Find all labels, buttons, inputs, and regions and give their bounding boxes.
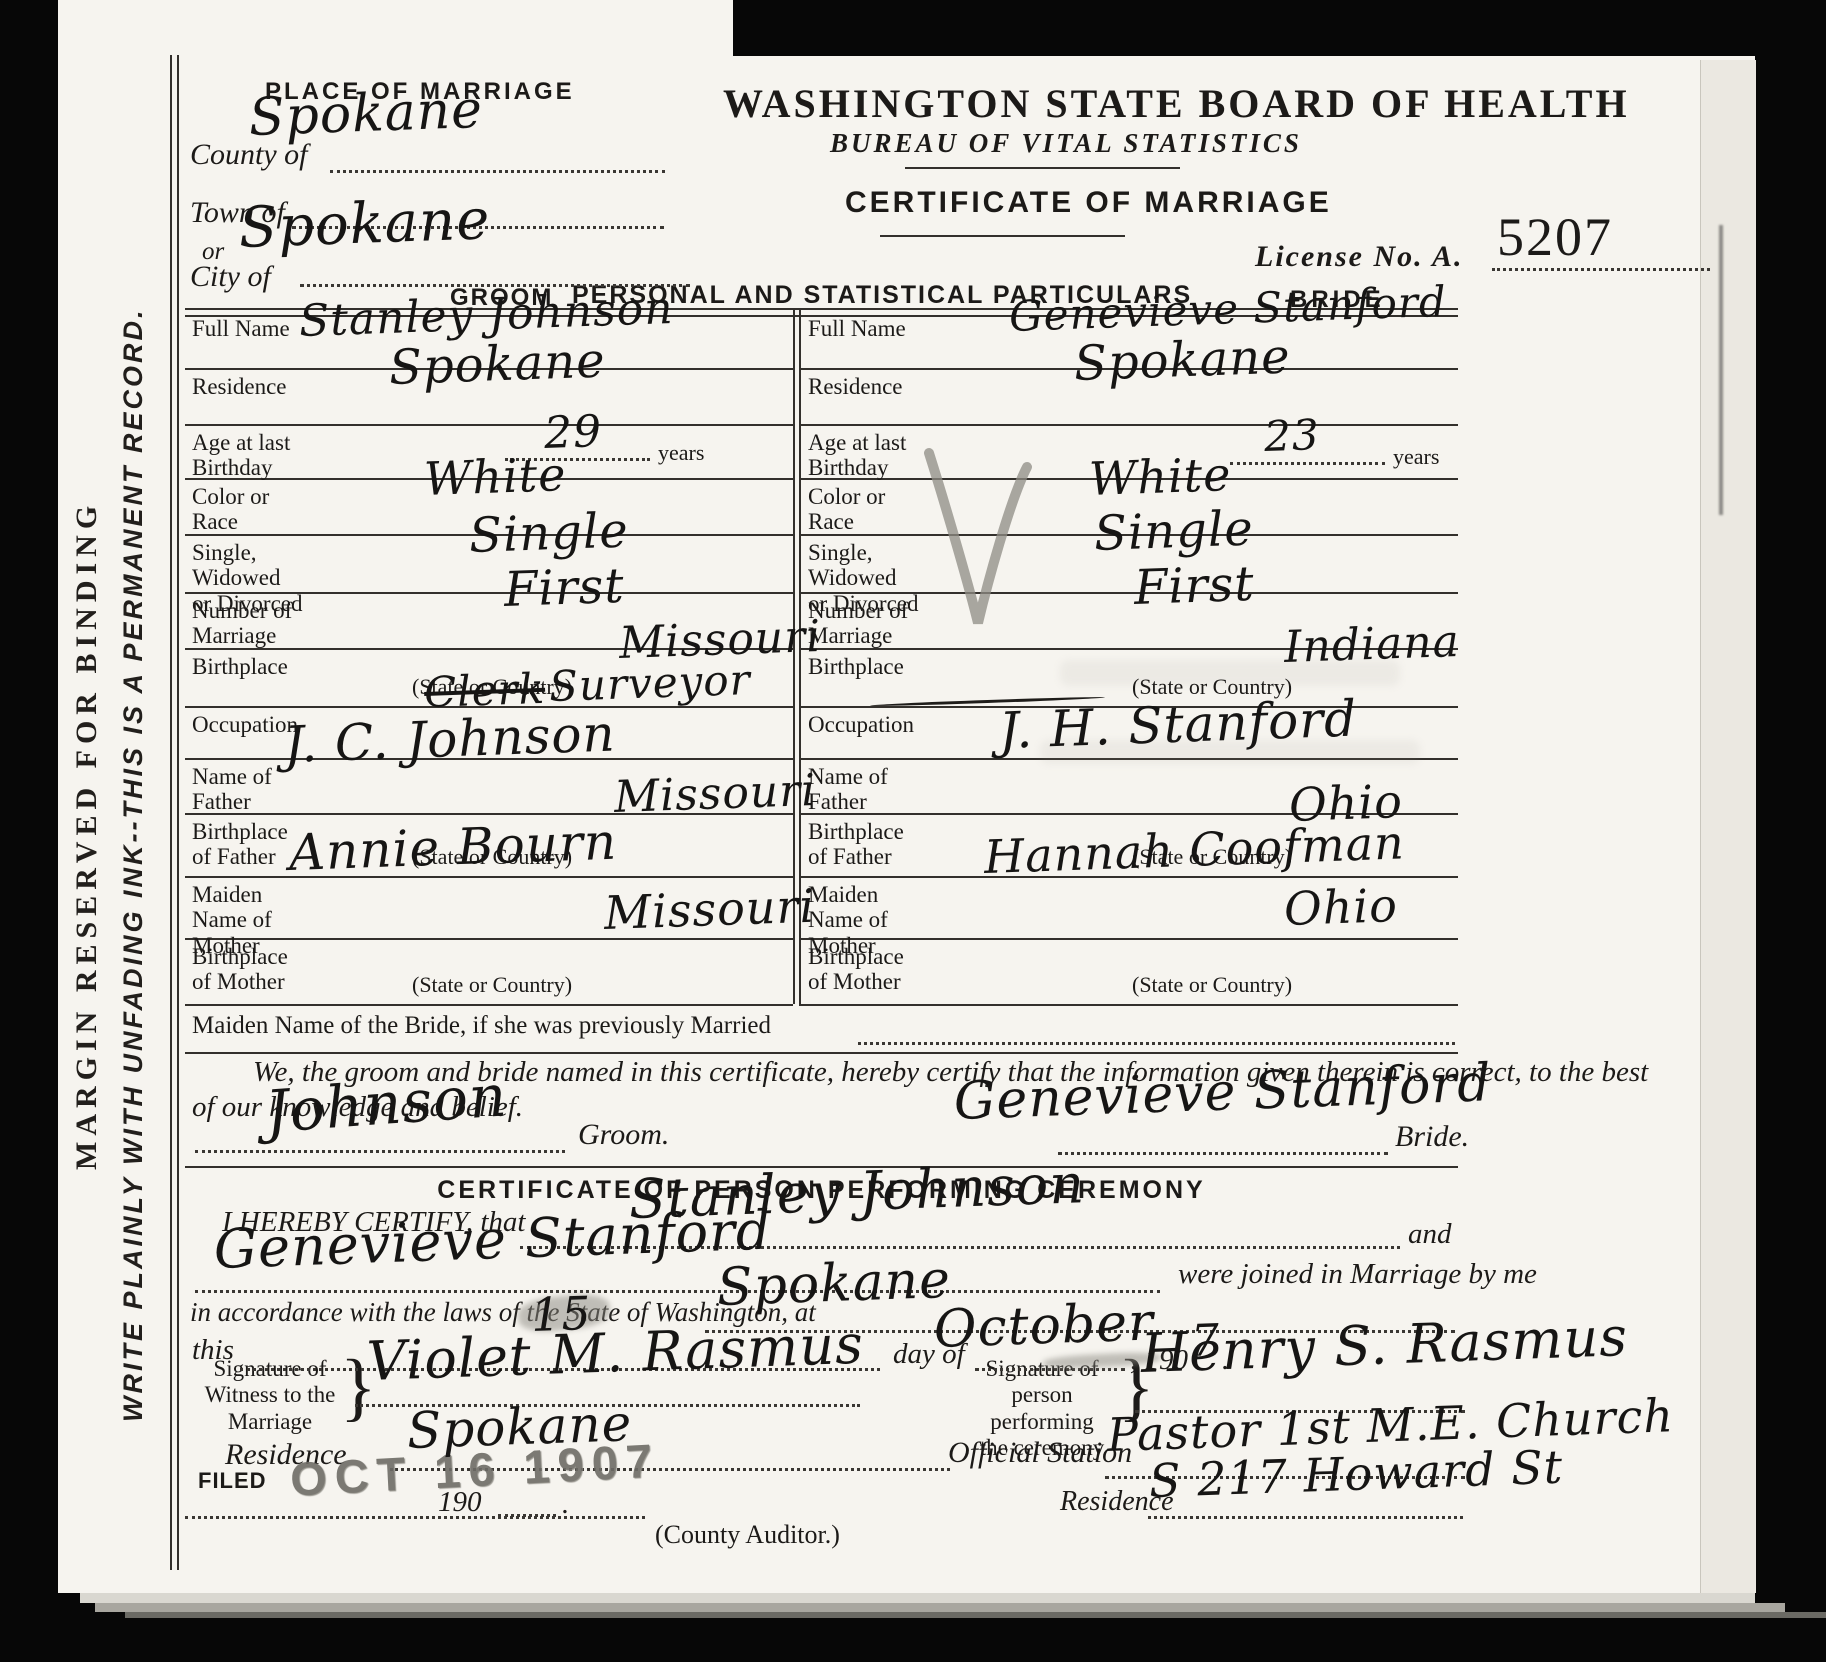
scanned-marriage-certificate: MARGIN RESERVED FOR BINDING WRITE PLAINL… xyxy=(0,0,1826,1662)
bride-signature-label: Bride. xyxy=(1395,1120,1469,1154)
and-label: and xyxy=(1408,1218,1452,1251)
maiden-name-dotted-line xyxy=(858,1042,1455,1045)
witness-residence-handwritten: Spokane xyxy=(406,1394,633,1460)
county-value-handwritten: Spokane xyxy=(248,80,484,148)
row-rule-groom-mother-birthplace xyxy=(185,1004,793,1006)
field-value-bride-marital-status: Single xyxy=(1093,500,1254,562)
ceremony-month-handwritten: October xyxy=(933,1292,1155,1360)
row-rule-bride-residence xyxy=(799,424,1458,426)
age-dotted-bride xyxy=(1230,462,1385,465)
field-value-groom-residence: Spokane xyxy=(388,332,606,396)
license-number-value: 5207 xyxy=(1497,206,1613,268)
maiden-name-bottom-rule xyxy=(185,1052,1458,1054)
row-rule-bride-mother-birthplace xyxy=(799,1004,1458,1006)
field-value-bride-color-race: White xyxy=(1088,447,1232,506)
field-value-bride-age: 23 xyxy=(1263,410,1320,461)
county-auditor-label: (County Auditor.) xyxy=(655,1520,840,1550)
field-label-bride-mother-birthplace: Birthplace of Mother xyxy=(808,944,904,995)
month-dotted-line xyxy=(975,1368,1125,1371)
field-label-groom-residence: Residence xyxy=(192,374,287,399)
official-station-label: Official Station xyxy=(948,1436,1132,1470)
field-value-bride-mother-birthplace: Ohio xyxy=(1283,878,1399,936)
city-of-label: City of xyxy=(190,260,271,294)
margin-rule-inner xyxy=(177,55,179,1570)
header-divider-2 xyxy=(880,235,1125,237)
field-value-groom-marital-status: Single xyxy=(468,502,629,564)
field-value-groom-mother-maiden-name: Annie Bourn xyxy=(288,813,618,882)
field-label-bride-number-of-marriage: Number of Marriage xyxy=(808,598,908,649)
header-divider-1 xyxy=(905,167,1180,169)
field-value-groom-mother-birthplace: Missouri xyxy=(603,879,816,940)
field-label-groom-full-name: Full Name xyxy=(192,316,290,341)
field-label-bride-occupation: Occupation xyxy=(808,712,914,737)
row-rule-groom-residence xyxy=(185,424,793,426)
field-value-groom-father-birthplace: Missouri xyxy=(613,765,817,823)
page-stack-edge-2 xyxy=(95,1603,1785,1612)
field-value-bride-residence: Spokane xyxy=(1073,328,1291,392)
certificate-of-marriage-title: CERTIFICATE OF MARRIAGE xyxy=(845,186,1332,220)
field-value-bride-birthplace: Indiana xyxy=(1283,616,1460,673)
state-or-country-label-bride-mother-birthplace: (State or Country) xyxy=(1132,972,1292,998)
bureau-subtitle: BUREAU OF VITAL STATISTICS xyxy=(830,128,1302,159)
pencil-checkmark-annotation xyxy=(915,425,1045,660)
county-dotted-line xyxy=(330,170,665,173)
field-label-groom-birthplace: Birthplace xyxy=(192,654,288,679)
margin-permanent-record-text: WRITE PLAINLY WITH UNFADING INK--THIS IS… xyxy=(118,150,158,1580)
city-value-handwritten: Spokane xyxy=(238,187,492,261)
field-label-groom-father-name: Name of Father xyxy=(192,764,272,815)
groom-signature-label: Groom. xyxy=(578,1118,669,1152)
field-label-groom-number-of-marriage: Number of Marriage xyxy=(192,598,292,649)
page-stack-edge-3 xyxy=(125,1612,1826,1618)
license-dotted-line xyxy=(1492,268,1710,271)
field-value-groom-color-race: White xyxy=(423,447,567,506)
field-label-bride-color-race: Color or Race xyxy=(808,484,885,535)
field-value-bride-number-of-marriage: First xyxy=(1133,556,1255,616)
field-label-groom-father-birthplace: Birthplace of Father xyxy=(192,819,288,870)
margin-binding-text: MARGIN RESERVED FOR BINDING xyxy=(70,440,112,1230)
groom-signature-dotted-line xyxy=(195,1150,565,1153)
field-label-groom-color-race: Color or Race xyxy=(192,484,269,535)
row-rule-groom-mother-maiden-name xyxy=(185,938,793,940)
auditor-dotted-line xyxy=(185,1516,645,1519)
filed-label: FILED xyxy=(198,1468,267,1494)
field-label-bride-father-birthplace: Birthplace of Father xyxy=(808,819,904,870)
years-label-groom: years xyxy=(658,440,704,466)
field-label-bride-residence: Residence xyxy=(808,374,903,399)
underlying-page-edge xyxy=(1700,60,1756,1593)
years-label-bride: years xyxy=(1393,444,1439,470)
bride-signature-dotted-line xyxy=(1058,1152,1388,1155)
ceremony-place-handwritten: Spokane xyxy=(716,1250,952,1318)
officiant-residence-dotted-line xyxy=(1148,1516,1463,1519)
field-label-bride-age: Age at last Birthday xyxy=(808,430,906,481)
field-value-groom-number-of-marriage: First xyxy=(503,558,625,618)
maiden-name-of-bride-label: Maiden Name of the Bride, if she was pre… xyxy=(192,1012,771,1040)
field-label-bride-father-name: Name of Father xyxy=(808,764,888,815)
field-value-groom-occupation: Surveyor xyxy=(548,655,751,711)
state-or-country-label-groom-mother-birthplace: (State or Country) xyxy=(412,972,572,998)
page-edge-shadow xyxy=(1719,225,1723,515)
row-rule-groom-father-birthplace xyxy=(185,876,793,878)
board-of-health-title: WASHINGTON STATE BOARD OF HEALTH xyxy=(723,80,1630,127)
field-label-bride-birthplace: Birthplace xyxy=(808,654,904,679)
license-number-label: License No. A. xyxy=(1255,240,1464,274)
ceremony-bride-dotted-line xyxy=(195,1290,1160,1293)
field-value-groom-father-name: J. C. Johnson xyxy=(283,704,617,774)
page-stack-edge-1 xyxy=(80,1593,1755,1603)
field-label-groom-age: Age at last Birthday xyxy=(192,430,290,481)
joined-in-marriage-label: were joined in Marriage by me xyxy=(1178,1258,1537,1291)
field-label-groom-mother-birthplace: Birthplace of Mother xyxy=(192,944,288,995)
field-label-bride-full-name: Full Name xyxy=(808,316,906,341)
margin-rule-outer xyxy=(170,55,172,1570)
row-rule-bride-mother-maiden-name xyxy=(799,938,1458,940)
